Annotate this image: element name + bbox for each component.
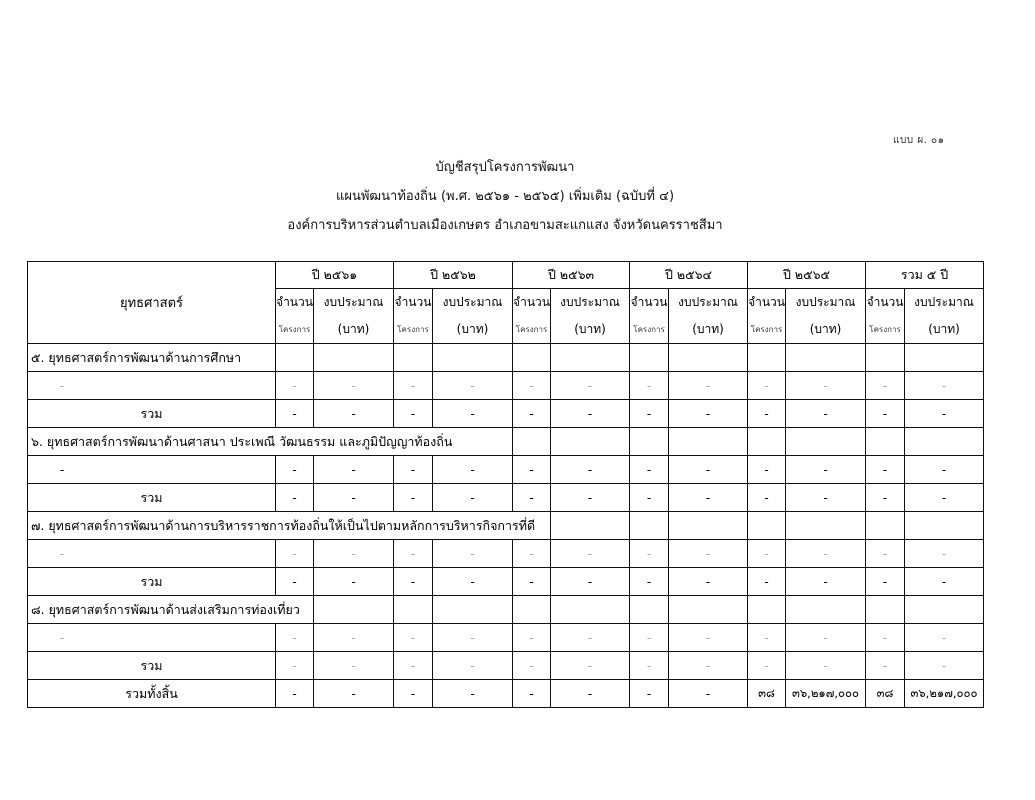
project-summary-table: ยุทธศาสตร์ ปี ๒๕๖๑ ปี ๒๕๖๒ ปี ๒๕๖๓ ปี ๒๕… <box>27 261 984 708</box>
grand-count-cell: - <box>394 680 433 708</box>
subtotal-label: รวม <box>28 400 276 428</box>
empty-cell <box>905 428 984 456</box>
count-cell: - <box>748 568 786 596</box>
budget-cell: - <box>905 372 984 400</box>
empty-cell <box>551 596 630 624</box>
empty-cell <box>433 596 513 624</box>
section-header-row: ๕. ยุทธศาสตร์การพัฒนาด้านการศึกษา <box>28 344 984 372</box>
grand-count-cell: ๓๘ <box>748 680 786 708</box>
empty-cell <box>314 596 394 624</box>
count-cell: - <box>276 652 314 680</box>
budget-cell: - <box>433 540 513 568</box>
budget-cell: - <box>905 484 984 512</box>
budget-cell: - <box>786 456 866 484</box>
budget-cell: - <box>669 456 748 484</box>
empty-cell <box>748 512 786 540</box>
budget-subheader: (บาท) <box>433 316 513 344</box>
budget-cell: - <box>669 372 748 400</box>
grand-budget-cell: ๓๖,๒๑๗,๐๐๐ <box>905 680 984 708</box>
budget-subheader: (บาท) <box>551 316 630 344</box>
count-cell: - <box>866 400 905 428</box>
count-cell: - <box>276 484 314 512</box>
budget-cell: - <box>551 652 630 680</box>
empty-cell <box>276 344 314 372</box>
empty-cell <box>394 344 433 372</box>
project-label: - <box>28 540 276 568</box>
empty-cell <box>551 512 630 540</box>
count-cell: - <box>513 400 551 428</box>
empty-cell <box>394 596 433 624</box>
budget-cell: - <box>433 568 513 596</box>
section-title: ๘. ยุทธศาสตร์การพัฒนาด้านส่งเสริมการท่อง… <box>28 596 314 624</box>
year-header: ปี ๒๕๖๑ <box>276 262 394 289</box>
budget-cell: - <box>551 484 630 512</box>
budget-cell: - <box>905 540 984 568</box>
empty-cell <box>786 428 866 456</box>
empty-cell <box>748 344 786 372</box>
count-cell: - <box>630 540 669 568</box>
count-cell: - <box>513 540 551 568</box>
budget-cell: - <box>433 484 513 512</box>
count-subheader: โครงการ <box>630 316 669 344</box>
budget-cell: - <box>905 400 984 428</box>
empty-cell <box>551 344 630 372</box>
grand-budget-cell: - <box>669 680 748 708</box>
empty-cell <box>314 344 394 372</box>
count-cell: - <box>866 652 905 680</box>
count-cell: - <box>394 624 433 652</box>
empty-cell <box>513 344 551 372</box>
year-header: ปี ๒๕๖๔ <box>630 262 748 289</box>
budget-cell: - <box>314 540 394 568</box>
count-subheader: โครงการ <box>513 316 551 344</box>
count-cell: - <box>276 624 314 652</box>
budget-cell: - <box>433 372 513 400</box>
empty-cell <box>630 428 669 456</box>
project-label: - <box>28 372 276 400</box>
document-subtitle: แผนพัฒนาท้องถิ่น (พ.ศ. ๒๕๖๑ - ๒๕๖๕) เพิ่… <box>0 185 1010 206</box>
count-header: จำนวน <box>513 289 551 317</box>
empty-cell <box>513 596 551 624</box>
budget-cell: - <box>905 652 984 680</box>
empty-cell <box>630 596 669 624</box>
count-cell: - <box>276 372 314 400</box>
count-cell: - <box>748 540 786 568</box>
year-header: ปี ๒๕๖๕ <box>748 262 866 289</box>
budget-cell: - <box>433 652 513 680</box>
empty-cell <box>669 344 748 372</box>
grand-total-label: รวมทั้งสิ้น <box>28 680 276 708</box>
budget-cell: - <box>314 400 394 428</box>
grand-count-cell: - <box>513 680 551 708</box>
budget-cell: - <box>669 652 748 680</box>
budget-cell: - <box>786 372 866 400</box>
grand-total-row: รวมทั้งสิ้น--------๓๘๓๖,๒๑๗,๐๐๐๓๘๓๖,๒๑๗,… <box>28 680 984 708</box>
budget-cell: - <box>433 624 513 652</box>
count-cell: - <box>513 372 551 400</box>
empty-cell <box>748 428 786 456</box>
count-cell: - <box>513 652 551 680</box>
empty-cell <box>905 512 984 540</box>
grand-count-cell: - <box>630 680 669 708</box>
document-title: บัญชีสรุปโครงการพัฒนา <box>0 156 1010 177</box>
budget-header: งบประมาณ <box>786 289 866 317</box>
budget-header: งบประมาณ <box>314 289 394 317</box>
year-header: ปี ๒๕๖๒ <box>394 262 513 289</box>
count-cell: - <box>394 372 433 400</box>
grand-count-cell: ๓๘ <box>866 680 905 708</box>
empty-cell <box>905 596 984 624</box>
section-header-row: ๗. ยุทธศาสตร์การพัฒนาด้านการบริหารราชการ… <box>28 512 984 540</box>
count-cell: - <box>513 624 551 652</box>
empty-cell <box>786 512 866 540</box>
count-header: จำนวน <box>866 289 905 317</box>
empty-cell <box>866 428 905 456</box>
count-cell: - <box>866 372 905 400</box>
budget-header: งบประมาณ <box>905 289 984 317</box>
empty-cell <box>786 596 866 624</box>
count-cell: - <box>276 456 314 484</box>
grand-budget-cell: - <box>551 680 630 708</box>
subtotal-row: รวม------------ <box>28 484 984 512</box>
project-row: ------------- <box>28 372 984 400</box>
count-cell: - <box>630 568 669 596</box>
grand-count-cell: - <box>276 680 314 708</box>
section-header-row: ๖. ยุทธศาสตร์การพัฒนาด้านศาสนา ประเพณี ว… <box>28 428 984 456</box>
count-cell: - <box>748 484 786 512</box>
budget-header: งบประมาณ <box>551 289 630 317</box>
subtotal-row: รวม------------ <box>28 568 984 596</box>
budget-cell: - <box>669 540 748 568</box>
budget-cell: - <box>551 456 630 484</box>
count-cell: - <box>394 484 433 512</box>
count-cell: - <box>513 568 551 596</box>
empty-cell <box>905 344 984 372</box>
count-cell: - <box>394 652 433 680</box>
grand-budget-cell: - <box>314 680 394 708</box>
subtotal-label: รวม <box>28 652 276 680</box>
count-cell: - <box>513 456 551 484</box>
grand-budget-cell: - <box>433 680 513 708</box>
empty-cell <box>551 428 630 456</box>
empty-cell <box>866 344 905 372</box>
count-cell: - <box>630 652 669 680</box>
organization-name: องค์การบริหารส่วนตำบลเมืองเกษตร อำเภอขาม… <box>0 214 1010 235</box>
budget-cell: - <box>314 568 394 596</box>
project-label: - <box>28 456 276 484</box>
section-title: ๕. ยุทธศาสตร์การพัฒนาด้านการศึกษา <box>28 344 276 372</box>
budget-cell: - <box>786 568 866 596</box>
count-cell: - <box>630 484 669 512</box>
count-subheader: โครงการ <box>748 316 786 344</box>
budget-header: งบประมาณ <box>669 289 748 317</box>
count-cell: - <box>276 540 314 568</box>
count-subheader: โครงการ <box>276 316 314 344</box>
budget-cell: - <box>905 456 984 484</box>
header-row-years: ยุทธศาสตร์ ปี ๒๕๖๑ ปี ๒๕๖๒ ปี ๒๕๖๓ ปี ๒๕… <box>28 262 984 289</box>
empty-cell <box>433 344 513 372</box>
count-cell: - <box>630 400 669 428</box>
count-cell: - <box>866 568 905 596</box>
count-cell: - <box>866 540 905 568</box>
strategy-header: ยุทธศาสตร์ <box>28 262 276 344</box>
count-cell: - <box>866 484 905 512</box>
count-cell: - <box>276 568 314 596</box>
count-cell: - <box>630 372 669 400</box>
budget-cell: - <box>433 456 513 484</box>
count-header: จำนวน <box>748 289 786 317</box>
budget-cell: - <box>551 624 630 652</box>
section-title: ๖. ยุทธศาสตร์การพัฒนาด้านศาสนา ประเพณี ว… <box>28 428 513 456</box>
project-row: ------------- <box>28 624 984 652</box>
subtotal-row: รวม------------ <box>28 652 984 680</box>
budget-cell: - <box>786 540 866 568</box>
count-cell: - <box>394 456 433 484</box>
count-cell: - <box>866 456 905 484</box>
budget-subheader: (บาท) <box>786 316 866 344</box>
count-cell: - <box>630 624 669 652</box>
budget-cell: - <box>551 372 630 400</box>
budget-subheader: (บาท) <box>669 316 748 344</box>
budget-cell: - <box>551 400 630 428</box>
count-subheader: โครงการ <box>394 316 433 344</box>
empty-cell <box>630 344 669 372</box>
budget-header: งบประมาณ <box>433 289 513 317</box>
budget-cell: - <box>905 624 984 652</box>
budget-cell: - <box>786 652 866 680</box>
year-header: ปี ๒๕๖๓ <box>513 262 630 289</box>
budget-cell: - <box>314 484 394 512</box>
empty-cell <box>513 428 551 456</box>
empty-cell <box>866 596 905 624</box>
count-header: จำนวน <box>630 289 669 317</box>
empty-cell <box>669 428 748 456</box>
budget-cell: - <box>669 624 748 652</box>
count-cell: - <box>394 568 433 596</box>
empty-cell <box>866 512 905 540</box>
budget-cell: - <box>433 400 513 428</box>
budget-cell: - <box>669 568 748 596</box>
count-cell: - <box>748 652 786 680</box>
count-subheader: โครงการ <box>866 316 905 344</box>
budget-cell: - <box>786 400 866 428</box>
count-cell: - <box>748 372 786 400</box>
subtotal-row: รวม------------ <box>28 400 984 428</box>
budget-cell: - <box>786 484 866 512</box>
count-cell: - <box>748 624 786 652</box>
budget-cell: - <box>786 624 866 652</box>
count-cell: - <box>276 400 314 428</box>
budget-subheader: (บาท) <box>905 316 984 344</box>
count-cell: - <box>748 456 786 484</box>
budget-cell: - <box>314 456 394 484</box>
form-code: แบบ ผ. ๐๑ <box>893 133 945 148</box>
budget-cell: - <box>669 484 748 512</box>
budget-cell: - <box>314 372 394 400</box>
subtotal-label: รวม <box>28 568 276 596</box>
section-header-row: ๘. ยุทธศาสตร์การพัฒนาด้านส่งเสริมการท่อง… <box>28 596 984 624</box>
total-years-header: รวม ๕ ปี <box>866 262 984 289</box>
budget-cell: - <box>551 540 630 568</box>
count-cell: - <box>866 624 905 652</box>
count-cell: - <box>748 400 786 428</box>
empty-cell <box>669 596 748 624</box>
empty-cell <box>786 344 866 372</box>
subtotal-label: รวม <box>28 484 276 512</box>
budget-cell: - <box>314 624 394 652</box>
empty-cell <box>630 512 669 540</box>
grand-budget-cell: ๓๖,๒๑๗,๐๐๐ <box>786 680 866 708</box>
count-cell: - <box>394 400 433 428</box>
count-cell: - <box>630 456 669 484</box>
project-row: ------------- <box>28 540 984 568</box>
project-label: - <box>28 624 276 652</box>
count-header: จำนวน <box>394 289 433 317</box>
budget-cell: - <box>314 652 394 680</box>
empty-cell <box>748 596 786 624</box>
budget-cell: - <box>905 568 984 596</box>
section-title: ๗. ยุทธศาสตร์การพัฒนาด้านการบริหารราชการ… <box>28 512 551 540</box>
count-cell: - <box>394 540 433 568</box>
count-header: จำนวน <box>276 289 314 317</box>
count-cell: - <box>513 484 551 512</box>
budget-cell: - <box>669 400 748 428</box>
empty-cell <box>669 512 748 540</box>
budget-subheader: (บาท) <box>314 316 394 344</box>
project-row: ------------- <box>28 456 984 484</box>
budget-cell: - <box>551 568 630 596</box>
